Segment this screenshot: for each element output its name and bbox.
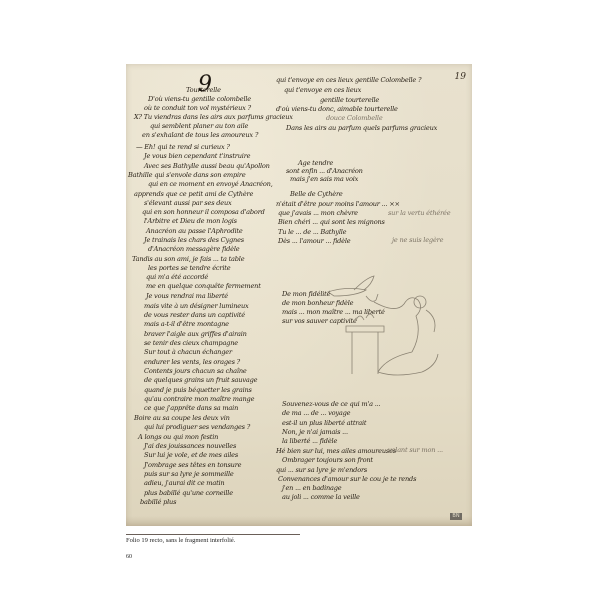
handwritten-line: Age tendre [298,159,333,167]
handwritten-line: de quelques grains un fruit sauvage [144,376,257,384]
handwritten-line: me en quelque conquête fermement [146,282,261,290]
handwritten-line: Belle de Cythère [290,190,343,198]
handwritten-line: se tenir des cieux champagne [144,339,238,347]
handwritten-line: où te conduit ton vol mystérieux ? [144,104,251,112]
handwritten-line: plus babillé qu'une corneille [144,489,233,497]
handwritten-line: n'était d'être pour moins l'amour ... ×× [276,200,400,208]
handwritten-line: Boire au sa coupe les deux vin [134,414,230,422]
handwritten-line: Hé bien sur lui, mes ailes amoureuses [276,447,396,455]
handwritten-line: Tu le ... de ... Bathylle [278,228,346,236]
handwritten-line: mais j'en sais ma voix [290,175,358,183]
handwritten-line: — Eh! qui te rend si curieux ? [136,143,230,151]
handwritten-line: Je vous rendrai ma liberté [146,292,228,300]
handwritten-line: X? Tu viendras dans les airs aux parfums… [134,113,293,121]
handwritten-line: volant sur mon ... [388,446,443,454]
handwritten-line: en s'exhalant de tous les amoureux ? [142,131,258,139]
handwritten-line: d'Anacréon messagère fidèle [148,245,239,253]
handwritten-line: qui t'envoye en ces lieux gentille Colom… [276,76,421,84]
caption-rule [126,534,300,535]
handwritten-line: l'Arbitre et Dieu de mon logis [144,217,237,225]
handwritten-line: de vous rester dans un captivité [144,311,245,319]
handwritten-line: Avec ses Bathylle aussi beau qu'Apollon [144,162,270,170]
handwritten-line: s'élevant aussi par ses deux [144,199,232,207]
handwritten-line: je ne suis legère [392,236,443,244]
handwritten-line: Sur tout à chacun échanger [144,348,232,356]
handwritten-line: Dès ... l'amour ... fidèle [278,237,351,245]
handwritten-line: Bien chéri ... qui sont les mignons [278,218,385,226]
handwritten-line: qui en son honneur il composa d'abord [142,208,265,216]
handwritten-line: De mon fidélité [282,290,330,298]
handwritten-line: Tandis au son ami, je fais ... ta table [132,255,244,263]
library-stamp: BN [450,513,462,520]
handwritten-line: sont enfin ... d'Anacréon [286,167,363,175]
handwritten-line: Je vous bien cependant t'instruire [144,152,250,160]
manuscript-folio-image: 9 19 TourterelleD'où viens-tu gentille c… [126,64,472,526]
handwritten-line: Anacréon au passe l'Aphrodite [146,227,243,235]
handwritten-line: j'en ... en badinage [282,484,342,492]
handwritten-line: au joli ... comme la veille [282,493,360,501]
handwritten-line: qu'au contraire mon maître mange [144,395,254,403]
handwritten-line: Ombrager toujours son front [282,456,373,464]
handwritten-line: mais vite à un désigner lumineux [144,302,249,310]
corner-folio-number: 19 [455,72,466,82]
handwritten-line: J'ombrage ses têtes en tonsure [144,461,241,469]
handwritten-line: puis sur sa lyre je sommeille [144,470,234,478]
handwritten-line: qui lui prodiguer ses vendanges ? [144,423,250,431]
handwritten-line: adieu, j'aurai dit ce matin [144,479,224,487]
handwritten-line: Bathille qui s'envole dans son empire [128,171,246,179]
handwritten-line: ce que j'apprête dans sa main [144,404,238,412]
handwritten-line: que j'avais ... mon chèvre [278,209,358,217]
handwritten-line: qui m'a été accordé [146,273,208,281]
handwritten-line: sur la vertu éthérée [388,209,450,217]
handwritten-line: qui ... sur sa lyre je m'endors [276,466,367,474]
handwritten-line: gentille tourterelle [320,96,379,104]
handwritten-line: qui semblent planer au ton aile [150,122,248,130]
handwritten-line: quand je puis béquetter les grains [144,386,252,394]
bird-and-cherub-sketch-icon [326,274,446,384]
handwritten-line: les portes se tendre écrite [148,264,230,272]
page-number: 60 [126,554,132,560]
handwritten-line: Tourterelle [186,86,221,94]
handwritten-line: J'ai des jouissances nouvelles [144,442,236,450]
handwritten-line: mais a-t-il d'être montagne [144,320,229,328]
handwritten-line: Je trainais les chars des Cygnes [144,236,244,244]
handwritten-line: Dans les airs au parfum quels parfums gr… [286,124,437,132]
handwritten-line: babillé plus [140,498,176,506]
handwritten-line: D'où viens-tu gentille colombelle [148,95,251,103]
handwritten-line: qui t'envoye en ces lieux [284,86,361,94]
handwritten-line: douce Colombelle [326,114,383,122]
handwritten-line: la liberté ... fidèle [282,437,337,445]
handwritten-line: braver l'aigle aux griffes d'airain [144,330,247,338]
handwritten-line: Contents jours chacun sa chaîne [144,367,247,375]
handwritten-line: apprends que ce petit ami de Cythère [134,190,253,198]
handwritten-line: Non, je n'ai jamais ... [282,428,348,436]
handwritten-line: endurer les vents, les orages ? [144,358,240,366]
handwritten-line: Souvenez-vous de ce qui m'a ... [282,400,380,408]
handwritten-line: A longs ou qui mon festin [138,433,218,441]
handwritten-line: Sur lui je vole, et de mes ailes [144,451,238,459]
handwritten-line: qui en ce moment en envoyé Anacréon, [148,180,273,188]
handwritten-line: d'où viens-tu donc, aimable tourterelle [276,105,398,113]
handwritten-line: Convenances d'amour sur le cou je te ren… [278,475,416,483]
handwritten-line: de ma ... de ... voyage [282,409,350,417]
figure-caption: Folio 19 recto, sans le fragment interfo… [126,537,235,544]
handwritten-line: est-il un plus liberté attrait [282,419,366,427]
